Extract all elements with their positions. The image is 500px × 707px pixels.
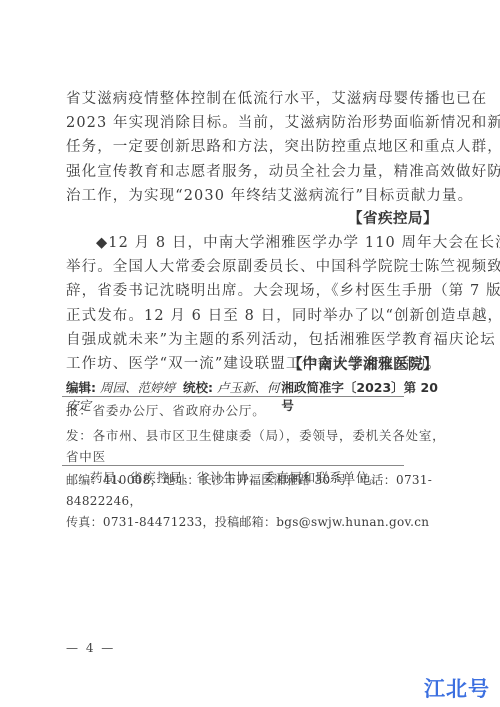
page-number: — 4 — [66, 641, 115, 655]
text-line: 自强成就未来”为主题的系列活动，包括湘雅医学教育福庆论坛 [66, 328, 438, 352]
report-to: 报：省委办公厅、省政府办公厅。 [66, 400, 446, 421]
editor-label: 编辑: [66, 380, 96, 395]
text-line: 正式发布。12 月 6 日至 8 日，同时举办了以“创新创造卓越， [66, 304, 438, 328]
text-line: 举行。全国人大常委会原副委员长、中国科学院院士陈竺视频致 [66, 255, 438, 279]
divider-line [62, 396, 404, 397]
proof-label: 统校: [183, 380, 213, 395]
contact-line: 邮编：410008，地址：长沙市开福区湘雅路 30 号，电话：0731-8482… [66, 470, 446, 512]
text-line: ◆12 月 8 日，中南大学湘雅医学办学 110 周年大会在长沙 [66, 231, 438, 255]
editor-names: 周园、范婷婷 [100, 380, 175, 395]
text-line: 2023 年实现消除目标。当前，艾滋病防治形势面临新情况和新 [66, 111, 438, 135]
article-aids-prevention: 省艾滋病疫情整体控制在低流行水平，艾滋病母婴传播也已在 2023 年实现消除目标… [66, 87, 438, 208]
source-label-cdc: 【省疾控局】 [348, 207, 438, 228]
text-line: 治工作，为实现“2030 年终结艾滋病流行”目标贡献力量。 [66, 184, 438, 208]
text-line: 任务，一定要创新思路和方法，突出防控重点地区和重点人群， [66, 135, 438, 159]
source-label-xiangya: 【中南大学湘雅医院】 [288, 353, 438, 374]
contact-line: 传真：0731-84471233，投稿邮箱：bgs@swjw.hunan.gov… [66, 512, 446, 533]
contact-info: 邮编：410008，地址：长沙市开福区湘雅路 30 号，电话：0731-8482… [66, 470, 446, 533]
send-to-line: 发：各市州、县市区卫生健康委（局），委领导，委机关各处室，省中医 [66, 425, 446, 467]
text-line: 辞，省委书记沈晓明出席。大会现场，《乡村医生手册（第 7 版）》 [66, 279, 438, 303]
divider-line [62, 465, 404, 466]
text-line: 省艾滋病疫情整体控制在低流行水平，艾滋病母婴传播也已在 [66, 87, 438, 111]
text-line: 强化宣传教育和志愿者服务，动员全社会力量，精准高效做好防 [66, 160, 438, 184]
document-page: 省艾滋病疫情整体控制在低流行水平，艾滋病母婴传播也已在 2023 年实现消除目标… [0, 0, 500, 707]
watermark-logo: 江北号 [424, 673, 490, 703]
